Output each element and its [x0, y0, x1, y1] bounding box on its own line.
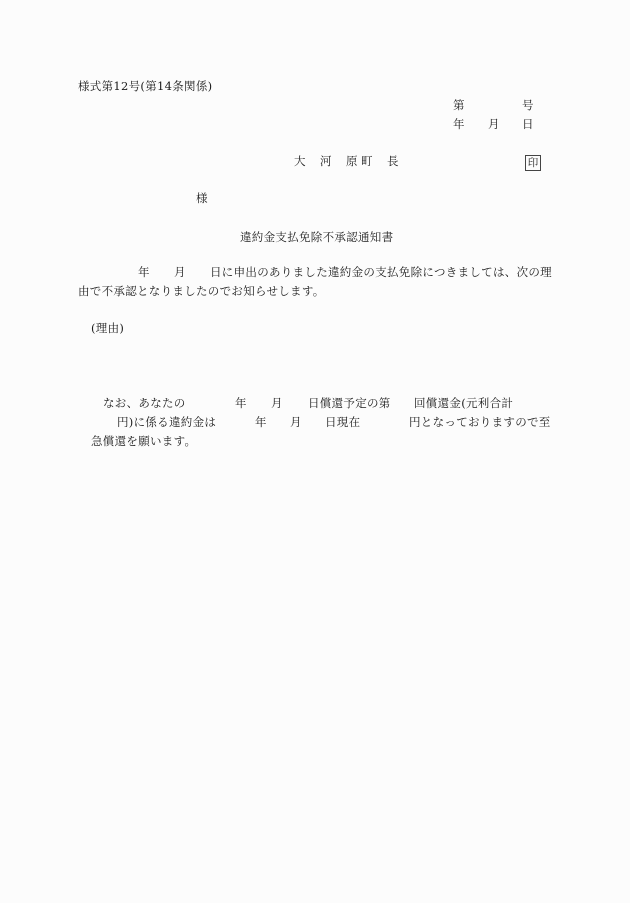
body-line2: 由で不承認となりましたのでお知らせします。: [78, 286, 325, 298]
closing-line1-year: 年: [235, 398, 247, 410]
form-number: 様式第12号(第14条関係): [78, 81, 212, 93]
recipient-honorific: 様: [196, 193, 208, 205]
date-year-label: 年: [453, 119, 465, 131]
issuer-char-4: 町: [361, 156, 373, 168]
closing-line1-tail: 回償還金(元利合計: [414, 398, 513, 410]
closing-line2-month: 月: [290, 417, 302, 429]
date-month-label: 月: [488, 119, 500, 131]
issuer-char-3: 原: [346, 156, 358, 168]
body-line1-month: 月: [174, 267, 186, 279]
closing-line2-lead: 円)に係る違約金は: [117, 417, 216, 429]
closing-line2-mid: 日現在: [325, 417, 360, 429]
issuer-char-2: 河: [320, 156, 332, 168]
body-line1-year: 年: [138, 267, 150, 279]
closing-line1-lead: なお、あなたの: [103, 398, 186, 410]
closing-line3: 急償還を願います。: [91, 436, 196, 448]
reason-label: (理由): [91, 323, 124, 335]
closing-line1-month: 月: [271, 398, 283, 410]
issuer-char-5: 長: [387, 156, 399, 168]
date-day-label: 日: [522, 119, 534, 131]
reference-number-prefix: 第: [453, 100, 465, 112]
body-line1-rest: 日に申出のありました違約金の支払免除につきましては、次の理: [210, 267, 552, 279]
closing-line1-mid: 日償還予定の第: [308, 398, 391, 410]
closing-line2-tail: 円となっておりますので至: [409, 417, 551, 429]
document-title: 違約金支払免除不承認通知書: [240, 232, 393, 244]
reference-number-suffix: 号: [522, 100, 534, 112]
issuer-char-1: 大: [294, 156, 306, 168]
closing-line2-year: 年: [255, 417, 267, 429]
seal-stamp-icon: 印: [525, 155, 541, 171]
document-page: 様式第12号(第14条関係) 第 号 年 月 日 大 河 原 町 長 印 様 違…: [0, 0, 630, 903]
